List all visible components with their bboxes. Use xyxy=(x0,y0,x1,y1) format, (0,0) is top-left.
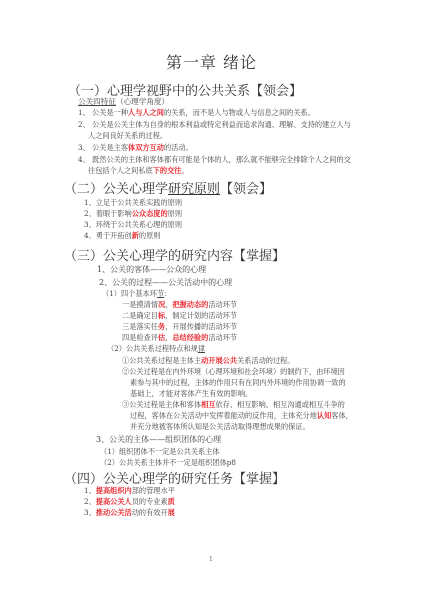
point-2-line-3: 基础上，才能对客体产生有效的影响。 xyxy=(130,389,252,399)
section3-sub1: （1）四个基本环节： xyxy=(102,289,171,299)
section1-item-2-cont: 人之间良好关系的过程。 xyxy=(88,131,167,141)
section1-item-2: 2、 公关是公关主体为自身的根本利益或特定利益而追求沟通、理解、支持的建立人与 xyxy=(78,120,351,130)
section4-item-3: 3、推动公关活动的有效开展 xyxy=(84,508,175,518)
section3-item-3: 3、公关的主体——组织团体的心理 xyxy=(96,434,221,445)
point-3-line-2: 过程，客体在公关活动中发挥着能动的反作用，主体充分地认知客体， xyxy=(130,411,353,421)
point-3-line-3: 并充分地被客体所认知是公关活动取得理想成果的保证。 xyxy=(130,422,310,432)
section3-item-2: 2、公关的过程——公关活动中的心理 xyxy=(99,277,232,288)
section3-item-3-sub2: （2）公共关系主体并不一定是组织团体p8 xyxy=(100,458,236,468)
section2-item-3: 3、环绕于公共关系心理的原则 xyxy=(84,220,182,230)
page-number: 1 xyxy=(209,556,213,563)
section2-item-1: 1、立足于公共关系实践的原则 xyxy=(84,198,182,208)
section2-item-2: 2、着眼于影响公众态度的原则 xyxy=(84,209,182,219)
chapter-title: 第一章 绪论 xyxy=(0,50,423,73)
point-1: ①公共关系过程是主体主动开展公共关系活动的过程。 xyxy=(122,356,295,366)
section3-item-3-sub1: （1）组织团体不一定是公共关系主体 xyxy=(100,447,220,457)
document-page: 第一章 绪论 （一）心理学视野中的公共关系【领会】 公关四特征（心理学角度） 1… xyxy=(0,0,423,600)
step-2: 二是确定目标，制定计划的活动环节 xyxy=(122,311,237,321)
section4-heading: （四）公关心理学的研究任务【掌握】 xyxy=(64,468,285,487)
section1-item-4-cont: 往包括个人之间私底下的交往。 xyxy=(88,166,189,176)
section4-item-2: 2、提高公关人员的专业素质 xyxy=(84,497,175,507)
section2-item-4: 4、勇于开拓创新的原则 xyxy=(84,231,161,241)
section1-item-1: 1、 公关是一种人与人之间的关系，而不是人与物或人与信息之间的关系。 xyxy=(78,108,315,118)
section2-heading: （二）公关心理学研究原则【领会】 xyxy=(64,178,272,197)
point-2-line-1: ②公关过程是在内外环境（心理环境和社会环境）的制约下，由环境因 xyxy=(122,367,345,377)
point-3-line-1: ③公关过程是主体和客体相互依存、相互影响、相互沟通或相互斗争的 xyxy=(122,400,345,410)
section3-item-1: 1、公关的客体——公众的心理 xyxy=(97,264,206,275)
step-3: 三是落实任务，开展传播的活动环节 xyxy=(122,322,237,332)
step-4: 四是检查评估，总结经验的活动环节 xyxy=(122,333,237,343)
section3-heading: （三）公关心理学的研究内容【掌握】 xyxy=(64,245,285,264)
point-2-line-2: 素参与其中的过程，主体的作用只有在同内外环境的作用协调一致的 xyxy=(130,378,346,388)
section4-item-1: 1、提高组织内部的管理水平 xyxy=(84,486,175,496)
section1-subheading: 公关四特征（心理学角度） xyxy=(78,97,169,107)
step-1: 一是摸清情况，把握动态的活动环节 xyxy=(122,300,237,310)
section1-item-4: 4、 既然公关的主体和客体都有可能是个体的人，那么就不能够完全排除个人之间的交 xyxy=(78,155,351,165)
section1-item-3: 3、 公关是主客体双方互动的活动。 xyxy=(78,143,193,153)
section3-sub2: （2）公共关系过程特点和规律 xyxy=(107,344,205,354)
